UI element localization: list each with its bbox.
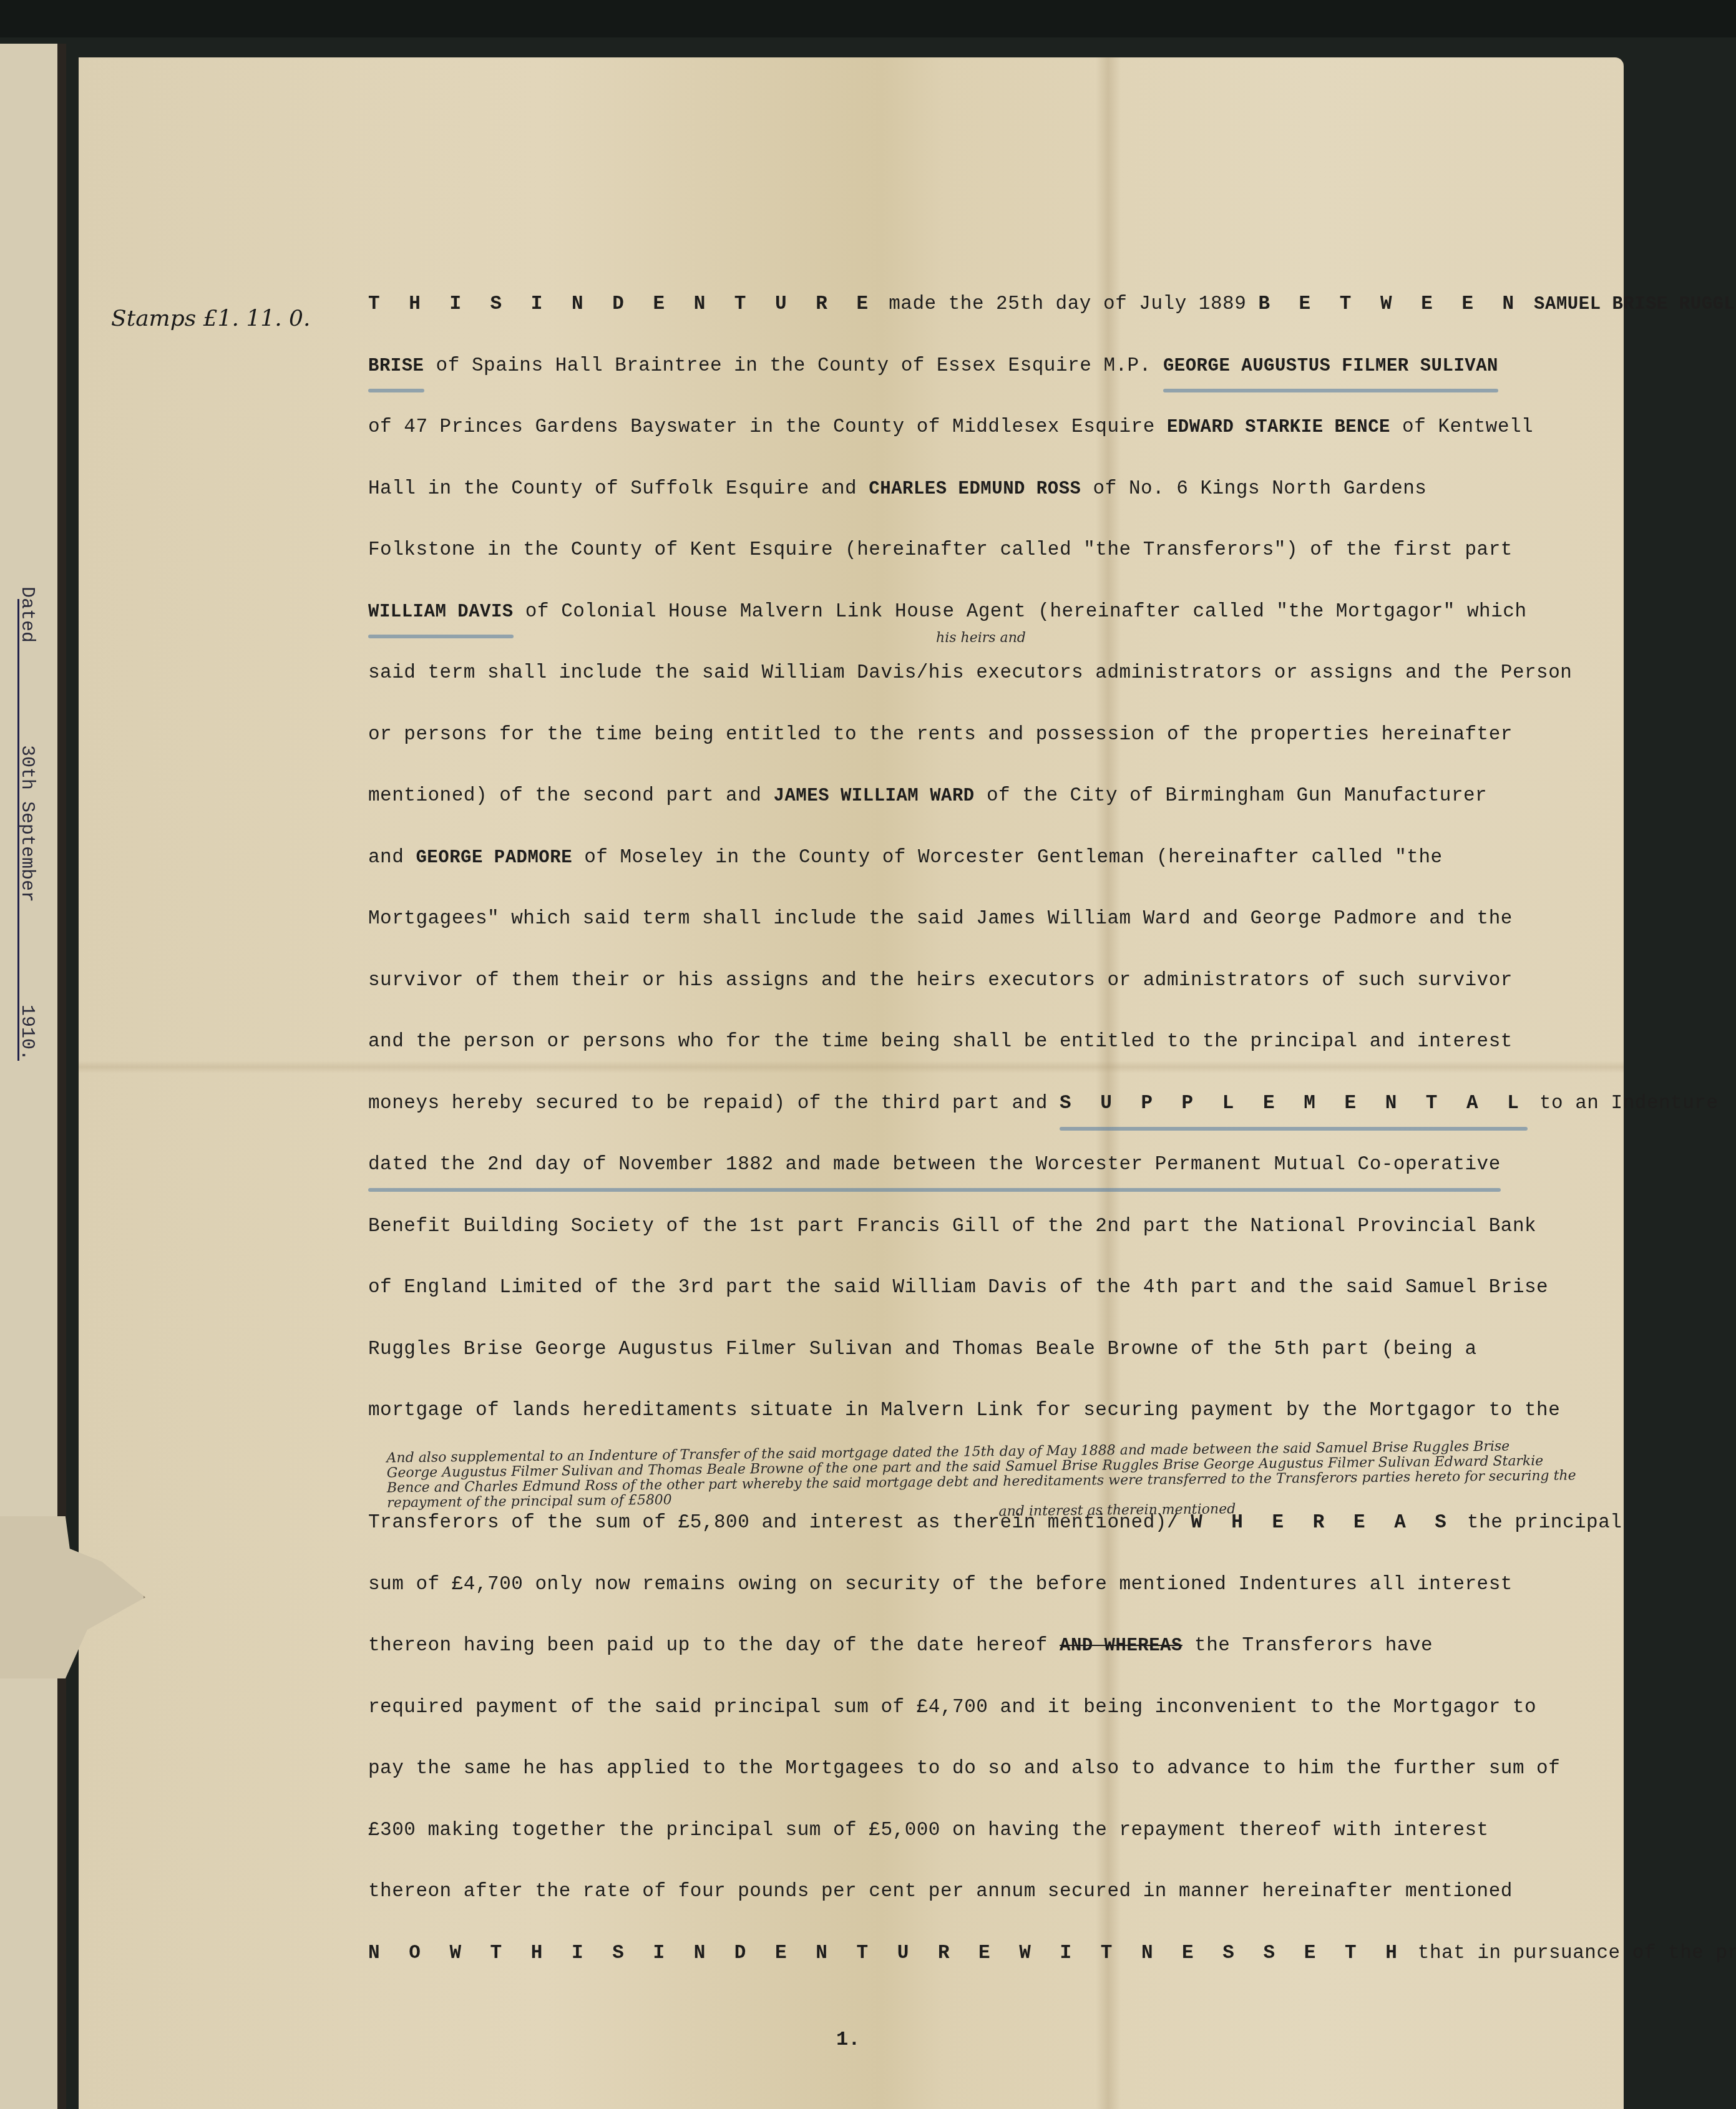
- binding-edge: [0, 0, 1736, 37]
- spine-shadow: [57, 44, 66, 2109]
- text-line-4: Hall in the County of Suffolk Esquire an…: [368, 478, 1629, 540]
- text-line-23: required payment of the said principal s…: [368, 1697, 1629, 1758]
- text-line-26: thereon after the rate of four pounds pe…: [368, 1881, 1629, 1942]
- docket-year: 1910.: [16, 1005, 37, 1061]
- text-line-6: WILLIAM DAVIS of Colonial House Malvern …: [368, 601, 1629, 663]
- text-line-22: thereon having been paid up to the day o…: [368, 1635, 1629, 1697]
- text-line-5: Folkstone in the County of Kent Esquire …: [368, 539, 1629, 601]
- handwritten-insertion: And also supplemental to an Indenture of…: [386, 1438, 1629, 1526]
- previous-page-edge: [0, 44, 62, 2109]
- text-line-2: BRISE of Spains Hall Braintree in the Co…: [368, 355, 1629, 417]
- deed-body: T H I S I N D E N T U R E made the 25th …: [368, 293, 1629, 2004]
- docket-text: Dated 30th September 1910.: [16, 587, 37, 1061]
- text-line-1: T H I S I N D E N T U R E made the 25th …: [368, 293, 1629, 355]
- text-line-27: N O W T H I S I N D E N T U R E W I T N …: [368, 1942, 1629, 2004]
- text-line-16: Benefit Building Society of the 1st part…: [368, 1215, 1629, 1277]
- docket-endorsement: Dated 30th September 1910.: [12, 587, 37, 1061]
- text-line-24: pay the same he has applied to the Mortg…: [368, 1758, 1629, 1819]
- text-line-8: or persons for the time being entitled t…: [368, 724, 1629, 786]
- text-line-18: Ruggles Brise George Augustus Filmer Sul…: [368, 1338, 1629, 1400]
- text-line-17: of England Limited of the 3rd part the s…: [368, 1277, 1629, 1338]
- text-line-11: Mortgagees" which said term shall includ…: [368, 908, 1629, 970]
- text-line-21: sum of £4,700 only now remains owing on …: [368, 1574, 1629, 1635]
- text-line-9: mentioned) of the second part and JAMES …: [368, 785, 1629, 847]
- text-line-15: dated the 2nd day of November 1882 and m…: [368, 1154, 1629, 1215]
- stamp-duty-note: Stamps £1. 11. 0.: [111, 306, 310, 331]
- docket-date: 30th September: [16, 745, 37, 902]
- page-number: 1.: [836, 2028, 860, 2051]
- docket-label: Dated: [16, 587, 37, 643]
- text-line-3: of 47 Princes Gardens Bayswater in the C…: [368, 416, 1629, 478]
- text-line-13: and the person or persons who for the ti…: [368, 1031, 1629, 1093]
- text-line-7: said term shall include the said William…: [368, 662, 1629, 724]
- text-line-25: £300 making together the principal sum o…: [368, 1819, 1629, 1881]
- text-line-14: moneys hereby secured to be repaid) of t…: [368, 1093, 1629, 1154]
- text-line-10: and GEORGE PADMORE of Moseley in the Cou…: [368, 847, 1629, 908]
- text-line-12: survivor of them their or his assigns an…: [368, 970, 1629, 1031]
